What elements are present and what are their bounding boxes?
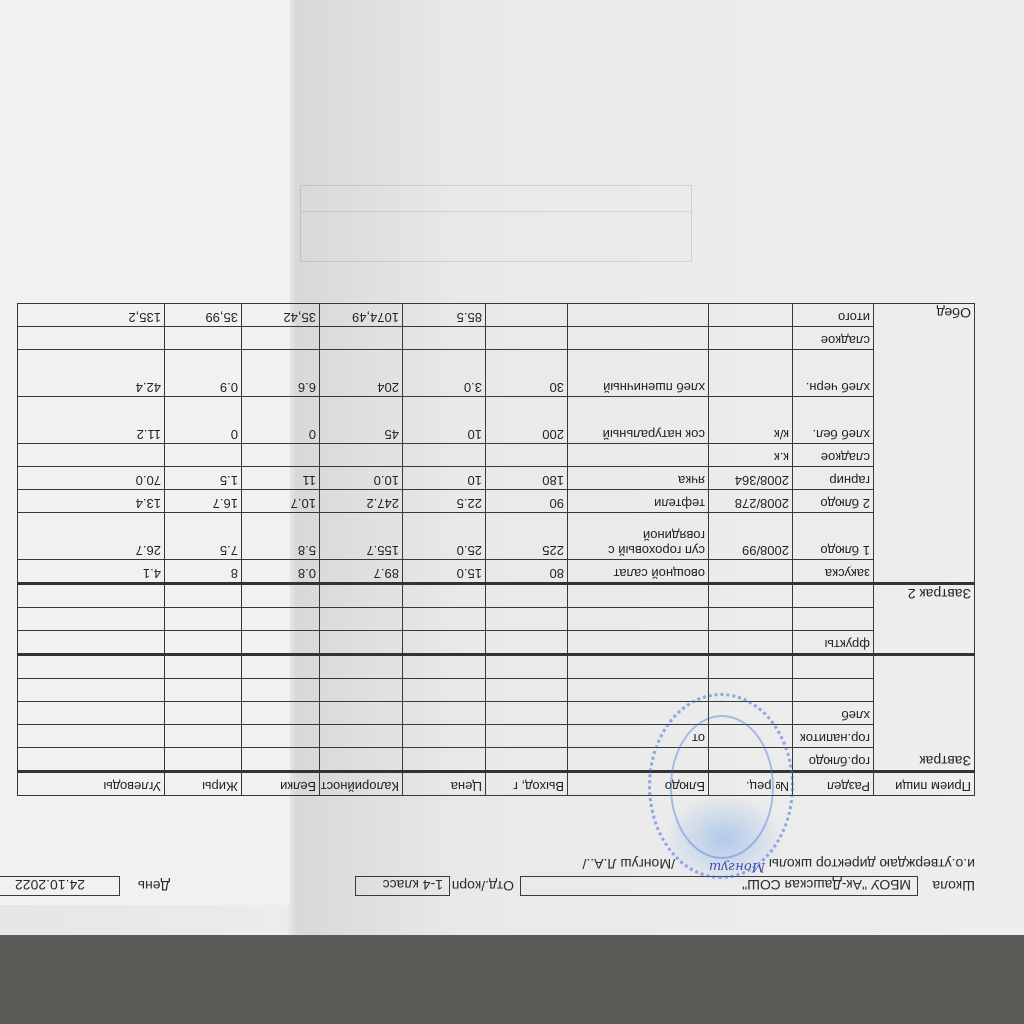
calories-cell	[320, 584, 403, 608]
calories-cell	[320, 655, 403, 679]
price-cell	[403, 327, 486, 350]
carbs-cell	[18, 444, 165, 467]
dish-cell	[568, 327, 709, 350]
protein-cell: 0.8	[242, 560, 320, 584]
carbs-cell: 70.0	[18, 467, 165, 490]
price-cell: 10	[403, 467, 486, 490]
recipe-cell	[709, 631, 793, 655]
recipe-cell	[709, 327, 793, 350]
calories-cell	[320, 725, 403, 748]
menu-document-rotated: Школа МБОУ "Ак-Дашская СОШ" Отд./корп 1-…	[0, 0, 1024, 1024]
fat-cell	[165, 608, 242, 631]
meal-cell: Обед	[874, 304, 975, 584]
document-header: Школа МБОУ "Ак-Дашская СОШ" Отд./корп 1-…	[0, 792, 975, 902]
column-header: Белки	[242, 772, 320, 796]
day-label: День	[138, 878, 170, 894]
section-cell	[793, 608, 874, 631]
school-label: Школа	[932, 878, 975, 894]
carbs-cell	[18, 327, 165, 350]
recipe-cell: 2008/278	[709, 490, 793, 513]
carbs-cell	[18, 584, 165, 608]
recipe-cell	[709, 608, 793, 631]
table-row: Завтрак 2фрукты	[18, 631, 975, 655]
recipe-cell: к/к	[709, 397, 793, 444]
yield-cell: 90	[486, 490, 568, 513]
calories-cell	[320, 748, 403, 772]
protein-cell: 6.6	[242, 350, 320, 397]
carbs-cell: 4.1	[18, 560, 165, 584]
section-cell: 1 блюдо	[793, 513, 874, 560]
section-cell: гарнир	[793, 467, 874, 490]
price-cell	[403, 608, 486, 631]
price-cell	[403, 679, 486, 702]
table-row: 2 блюдо2008/278тефтели9022.5247.210.716.…	[18, 490, 975, 513]
fat-cell	[165, 584, 242, 608]
fat-cell: 35,99	[165, 304, 242, 327]
dish-cell: сок натуральный	[568, 397, 709, 444]
fat-cell: 8	[165, 560, 242, 584]
calories-cell: 89.7	[320, 560, 403, 584]
yield-cell: 80	[486, 560, 568, 584]
protein-cell	[242, 655, 320, 679]
price-cell: 25.0	[403, 513, 486, 560]
recipe-cell: 2008/364	[709, 467, 793, 490]
dept-value-field: 1-4 класс	[355, 876, 450, 896]
calories-cell: 45	[320, 397, 403, 444]
price-cell: 3.0	[403, 350, 486, 397]
calories-cell: 247.2	[320, 490, 403, 513]
table-row: Обедзакускаовощной салат8015.089.70.884.…	[18, 560, 975, 584]
calories-cell	[320, 679, 403, 702]
recipe-cell: 2008/99	[709, 513, 793, 560]
protein-cell	[242, 327, 320, 350]
dish-cell	[568, 631, 709, 655]
fat-cell	[165, 748, 242, 772]
dish-cell: овощной салат	[568, 560, 709, 584]
price-cell: 10	[403, 397, 486, 444]
price-cell	[403, 655, 486, 679]
fat-cell: 1.5	[165, 467, 242, 490]
yield-cell: 30	[486, 350, 568, 397]
carbs-cell: 13.4	[18, 490, 165, 513]
dept-label: Отд./корп	[452, 878, 514, 894]
carbs-cell	[18, 608, 165, 631]
table-row: сладкоек.к	[18, 444, 975, 467]
recipe-cell	[709, 655, 793, 679]
fat-cell: 0	[165, 397, 242, 444]
section-cell: фрукты	[793, 631, 874, 655]
carbs-cell	[18, 702, 165, 725]
recipe-cell	[709, 584, 793, 608]
section-cell: хлеб бел.	[793, 397, 874, 444]
section-cell	[793, 584, 874, 608]
section-cell: хлеб	[793, 702, 874, 725]
calories-cell: 10.0	[320, 467, 403, 490]
yield-cell	[486, 679, 568, 702]
protein-cell: 0	[242, 397, 320, 444]
yield-cell	[486, 655, 568, 679]
meal-cell: Завтрак	[874, 655, 975, 772]
protein-cell	[242, 748, 320, 772]
section-cell	[793, 655, 874, 679]
carbs-cell: 135,2	[18, 304, 165, 327]
dish-cell	[568, 584, 709, 608]
dish-cell	[568, 304, 709, 327]
recipe-cell	[709, 560, 793, 584]
yield-cell: 225	[486, 513, 568, 560]
table-row: гор.напитокот	[18, 725, 975, 748]
protein-cell	[242, 631, 320, 655]
table-row: Завтракгор.блюдо	[18, 748, 975, 772]
table-row: 1 блюдо2008/99суп гороховый с говядиной2…	[18, 513, 975, 560]
recipe-cell	[709, 350, 793, 397]
yield-cell: 180	[486, 467, 568, 490]
protein-cell: 11	[242, 467, 320, 490]
section-cell: сладкое	[793, 327, 874, 350]
calories-cell	[320, 631, 403, 655]
table-row	[18, 584, 975, 608]
protein-cell	[242, 608, 320, 631]
calories-cell: 204	[320, 350, 403, 397]
protein-cell	[242, 725, 320, 748]
calories-cell	[320, 702, 403, 725]
fat-cell	[165, 444, 242, 467]
price-cell	[403, 444, 486, 467]
calories-cell	[320, 608, 403, 631]
yield-cell	[486, 631, 568, 655]
dish-cell	[568, 679, 709, 702]
carbs-cell: 42.4	[18, 350, 165, 397]
table-row: хлеб черн.хлеб пшеничный303.02046.60.942…	[18, 350, 975, 397]
price-cell	[403, 584, 486, 608]
fat-cell: 7.5	[165, 513, 242, 560]
dish-cell: хлеб пшеничный	[568, 350, 709, 397]
meal-cell: Завтрак 2	[874, 584, 975, 655]
carbs-cell: 11.2	[18, 397, 165, 444]
section-cell: закуска	[793, 560, 874, 584]
yield-cell	[486, 748, 568, 772]
yield-cell	[486, 327, 568, 350]
column-header: Углеводы	[18, 772, 165, 796]
section-cell	[793, 679, 874, 702]
menu-table: Прием пищиРаздел№ рец.БлюдоВыход, гЦенаК…	[17, 303, 975, 796]
fat-cell	[165, 725, 242, 748]
fat-cell	[165, 655, 242, 679]
price-cell: 15.0	[403, 560, 486, 584]
section-cell: сладкое	[793, 444, 874, 467]
date-field: 24.10.2022	[0, 876, 120, 896]
school-stamp-inner-ring	[670, 715, 774, 859]
section-cell: хлеб черн.	[793, 350, 874, 397]
price-cell: 22.5	[403, 490, 486, 513]
protein-cell	[242, 702, 320, 725]
dish-cell: ячка	[568, 467, 709, 490]
dish-cell: тефтели	[568, 490, 709, 513]
table-row	[18, 655, 975, 679]
table-row	[18, 608, 975, 631]
fat-cell	[165, 702, 242, 725]
yield-cell	[486, 702, 568, 725]
recipe-cell	[709, 304, 793, 327]
carbs-cell	[18, 631, 165, 655]
approval-text: и.о.утверждаю директор школы	[769, 856, 975, 872]
carbs-cell	[18, 725, 165, 748]
calories-cell	[320, 444, 403, 467]
column-header: Жиры	[165, 772, 242, 796]
table-row: хлеб бел.к/ксок натуральный20010450011.2	[18, 397, 975, 444]
carbs-cell	[18, 748, 165, 772]
price-cell: 85.5	[403, 304, 486, 327]
price-cell	[403, 748, 486, 772]
calories-cell	[320, 327, 403, 350]
table-row: итого85.51074,4935,4235,99135,2	[18, 304, 975, 327]
carbs-cell	[18, 655, 165, 679]
signatory-name: /Монгуш Л.А../	[582, 856, 675, 872]
fat-cell: 16.7	[165, 490, 242, 513]
yield-cell: 200	[486, 397, 568, 444]
price-cell	[403, 725, 486, 748]
column-header: Цена	[403, 772, 486, 796]
column-header: Раздел	[793, 772, 874, 796]
section-cell: гор.напиток	[793, 725, 874, 748]
protein-cell: 10.7	[242, 490, 320, 513]
protein-cell	[242, 444, 320, 467]
fat-cell	[165, 327, 242, 350]
price-cell	[403, 631, 486, 655]
section-cell: гор.блюдо	[793, 748, 874, 772]
calories-cell: 155.7	[320, 513, 403, 560]
price-cell	[403, 702, 486, 725]
fat-cell: 0.9	[165, 350, 242, 397]
table-row: гарнир2008/364ячка1801010.0111.570.0	[18, 467, 975, 490]
dish-cell	[568, 444, 709, 467]
fat-cell	[165, 631, 242, 655]
column-header: Калорийность	[320, 772, 403, 796]
calories-cell: 1074,49	[320, 304, 403, 327]
recipe-cell: к.к	[709, 444, 793, 467]
yield-cell	[486, 584, 568, 608]
protein-cell: 35,42	[242, 304, 320, 327]
yield-cell	[486, 725, 568, 748]
dish-cell: суп гороховый с говядиной	[568, 513, 709, 560]
column-header: Прием пищи	[874, 772, 975, 796]
table-row: сладкое	[18, 327, 975, 350]
table-row: хлеб	[18, 702, 975, 725]
protein-cell	[242, 679, 320, 702]
section-cell: 2 блюдо	[793, 490, 874, 513]
yield-cell	[486, 608, 568, 631]
dish-cell	[568, 655, 709, 679]
carbs-cell	[18, 679, 165, 702]
carbs-cell: 26.7	[18, 513, 165, 560]
yield-cell	[486, 304, 568, 327]
section-cell: итого	[793, 304, 874, 327]
column-header: Выход, г	[486, 772, 568, 796]
protein-cell: 5.8	[242, 513, 320, 560]
table-row	[18, 679, 975, 702]
table-header-row: Прием пищиРаздел№ рец.БлюдоВыход, гЦенаК…	[18, 772, 975, 796]
yield-cell	[486, 444, 568, 467]
dish-cell	[568, 608, 709, 631]
protein-cell	[242, 584, 320, 608]
fat-cell	[165, 679, 242, 702]
